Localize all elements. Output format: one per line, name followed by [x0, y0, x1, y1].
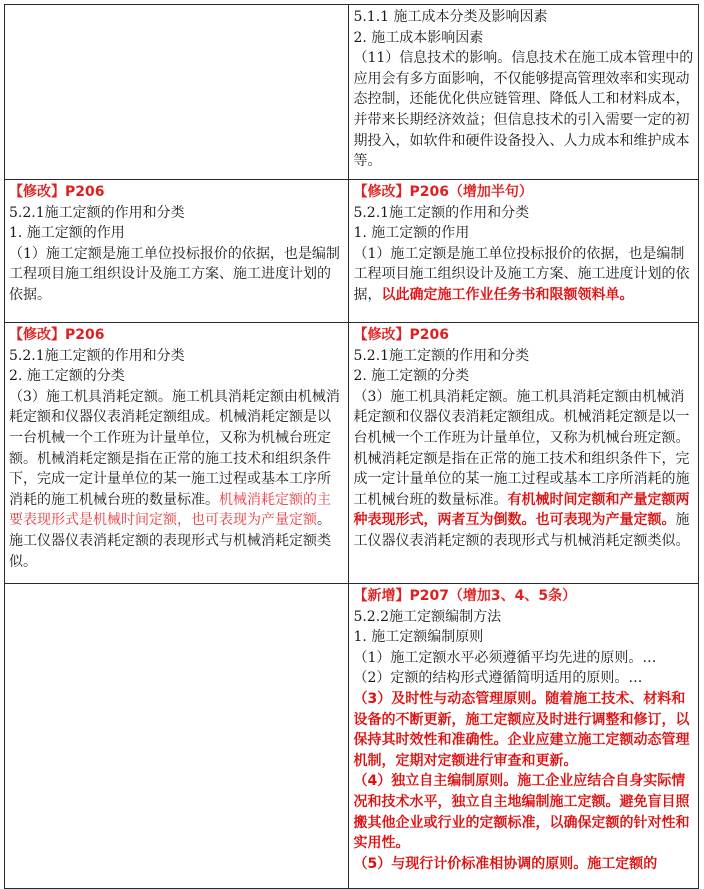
section-heading: 5.2.1施工定额的作用和分类	[9, 346, 344, 367]
revision-tag: 【修改】P206	[9, 325, 344, 346]
subsection-heading: 1. 施工定额编制原则	[353, 627, 694, 648]
principle-item-2: （2）定额的结构形式遵循简明适用的原则。…	[353, 668, 694, 689]
table-row: 【新增】P207（增加3、4、5条） 5.2.2施工定额编制方法 1. 施工定额…	[5, 584, 699, 889]
original-cell-empty	[5, 5, 349, 180]
table-row: 【修改】P206 5.2.1施工定额的作用和分类 2. 施工定额的分类 （3）施…	[5, 323, 699, 584]
subsection-heading: 2. 施工定额的分类	[353, 366, 694, 387]
subsection-heading: 2. 施工定额的分类	[9, 366, 344, 387]
original-cell: 【修改】P206 5.2.1施工定额的作用和分类 2. 施工定额的分类 （3）施…	[5, 323, 349, 584]
added-text: 以此确定施工作业任务书和限额领料单。	[381, 287, 633, 303]
revision-comparison-table: 5.1.1 施工成本分类及影响因素 2. 施工成本影响因素 （11）信息技术的影…	[4, 4, 699, 889]
section-heading: 5.2.2施工定额编制方法	[353, 607, 694, 628]
revised-cell: 5.1.1 施工成本分类及影响因素 2. 施工成本影响因素 （11）信息技术的影…	[349, 5, 699, 180]
revision-tag: 【修改】P206	[9, 182, 344, 203]
revision-tag: 【新增】P207（增加3、4、5条）	[353, 586, 694, 607]
principle-item-5: （5）与现行计价标准相协调的原则。施工定额的	[353, 854, 694, 875]
section-heading: 5.2.1施工定额的作用和分类	[353, 203, 694, 224]
revised-cell: 【修改】P206 5.2.1施工定额的作用和分类 2. 施工定额的分类 （3）施…	[349, 323, 699, 584]
body-text: （1）施工定额是施工单位投标报价的依据，也是编制工程项目施工组织设计及施工方案、…	[9, 244, 344, 306]
revised-cell: 【修改】P206（增加半句） 5.2.1施工定额的作用和分类 1. 施工定额的作…	[349, 180, 699, 323]
subsection-heading: 1. 施工定额的作用	[9, 223, 344, 244]
table-row: 【修改】P206 5.2.1施工定额的作用和分类 1. 施工定额的作用 （1）施…	[5, 180, 699, 323]
principle-item-3: （3）及时性与动态管理原则。随着施工技术、材料和设备的不断更新，施工定额应及时进…	[353, 689, 694, 771]
section-heading: 5.2.1施工定额的作用和分类	[9, 203, 344, 224]
original-cell: 【修改】P206 5.2.1施工定额的作用和分类 1. 施工定额的作用 （1）施…	[5, 180, 349, 323]
section-heading: 5.1.1 施工成本分类及影响因素	[353, 7, 694, 28]
subsection-heading: 1. 施工定额的作用	[353, 223, 694, 244]
section-heading: 5.2.1施工定额的作用和分类	[353, 346, 694, 367]
principle-item-1: （1）施工定额水平必须遵循平均先进的原则。…	[353, 648, 694, 669]
revision-tag: 【修改】P206（增加半句）	[353, 182, 694, 203]
body-text: （3）施工机具消耗定额。施工机具消耗定额由机械消耗定额和仪器仪表消耗定额组成。机…	[9, 389, 340, 508]
original-cell-empty	[5, 584, 349, 889]
principle-item-4: （4）独立自主编制原则。施工企业应结合自身实际情况和技术水平，独立自主地编制施工…	[353, 771, 694, 853]
table-row: 5.1.1 施工成本分类及影响因素 2. 施工成本影响因素 （11）信息技术的影…	[5, 5, 699, 180]
subsection-heading: 2. 施工成本影响因素	[353, 28, 694, 49]
revision-tag: 【修改】P206	[353, 325, 694, 346]
body-text: （11）信息技术的影响。信息技术在施工成本管理中的应用会有多方面影响，不仅能够提…	[353, 48, 694, 172]
body-text: （3）施工机具消耗定额。施工机具消耗定额由机械消耗定额和仪器仪表消耗定额组成。机…	[353, 389, 689, 508]
revised-cell: 【新增】P207（增加3、4、5条） 5.2.2施工定额编制方法 1. 施工定额…	[349, 584, 699, 889]
